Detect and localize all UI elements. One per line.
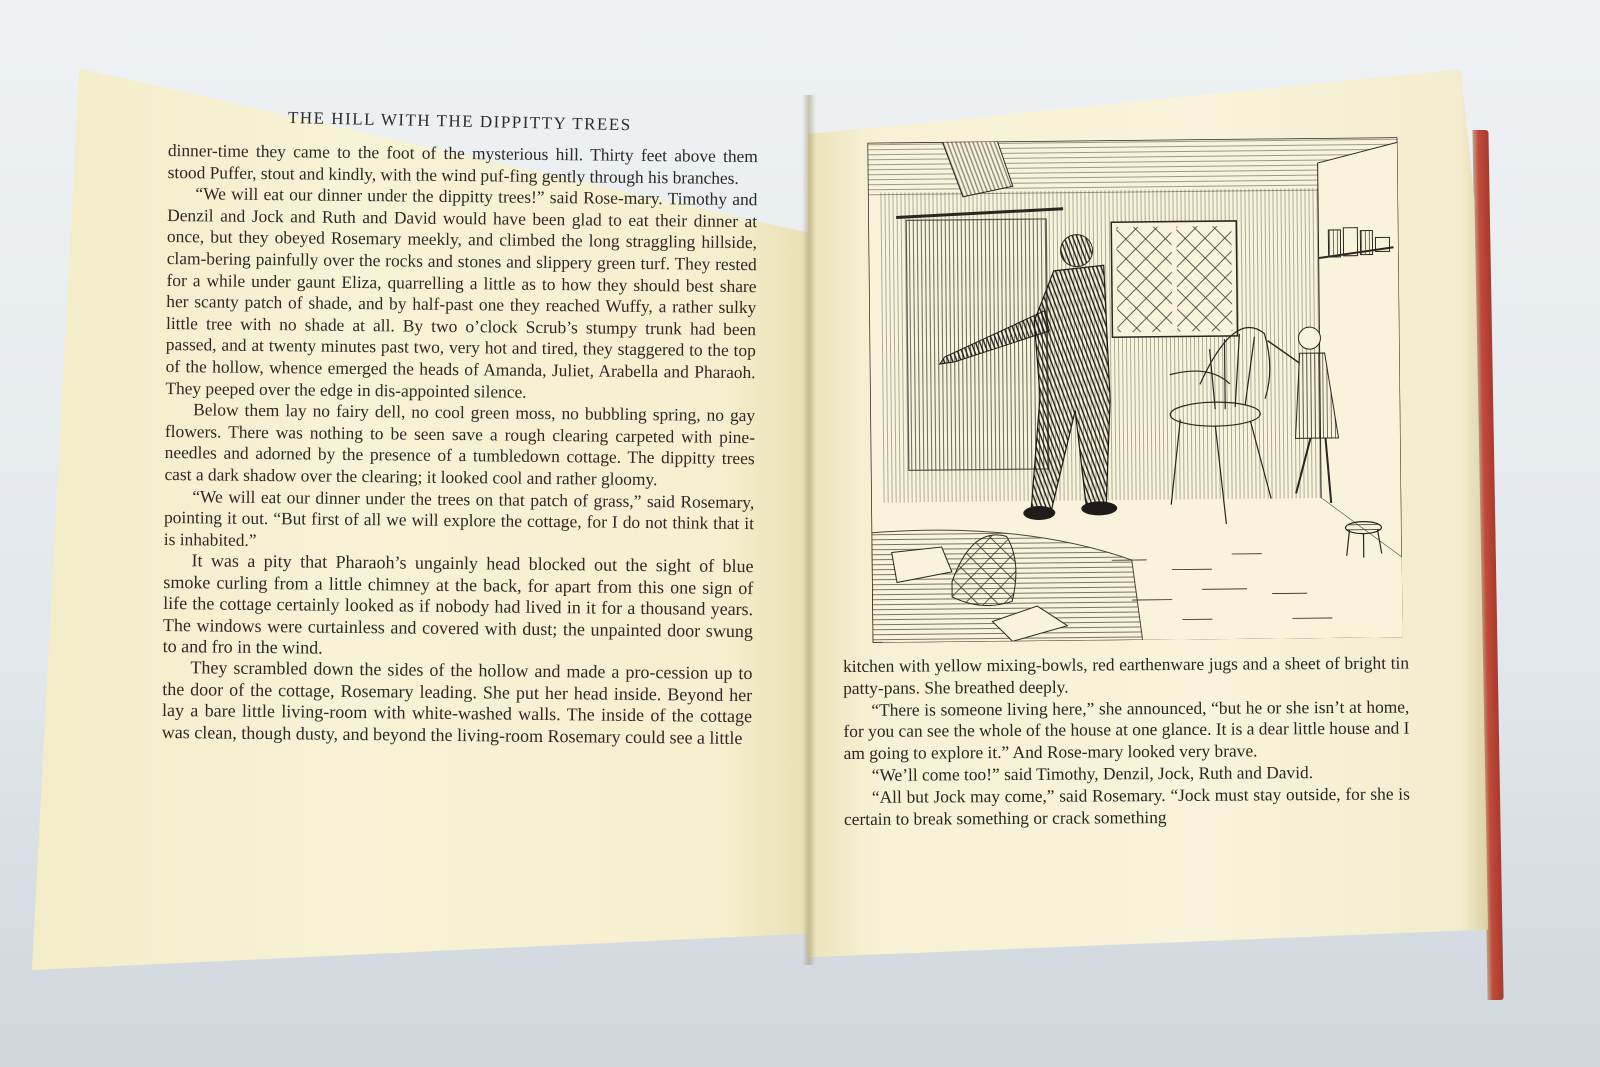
paragraph: “There is someone living here,” she anno… [843, 696, 1409, 765]
open-book: THE HILL WITH THE DIPPITTY TREES dinner-… [0, 0, 1600, 1067]
paragraph: dinner-time they came to the foot of the… [168, 140, 758, 189]
right-page-text: kitchen with yellow mixing-bowls, red ea… [843, 653, 1410, 831]
cottage-interior-illustration [867, 137, 1402, 643]
paragraph: It was a pity that Pharaoh’s ungainly he… [163, 550, 754, 663]
left-page-text: dinner-time they came to the foot of the… [162, 140, 758, 749]
paragraph: kitchen with yellow mixing-bowls, red ea… [843, 653, 1409, 700]
paragraph: They scrambled down the sides of the hol… [162, 657, 753, 749]
paragraph: Below them lay no fairy dell, no cool gr… [164, 399, 755, 492]
paragraph: “All but Jock may come,” said Rosemary. … [844, 783, 1410, 830]
illustration-plate: KNEW [867, 137, 1402, 643]
paragraph: “We will eat our dinner under the dippit… [165, 183, 757, 405]
paragraph: “We will eat our dinner under the trees … [164, 485, 755, 556]
book-gutter [802, 95, 816, 965]
